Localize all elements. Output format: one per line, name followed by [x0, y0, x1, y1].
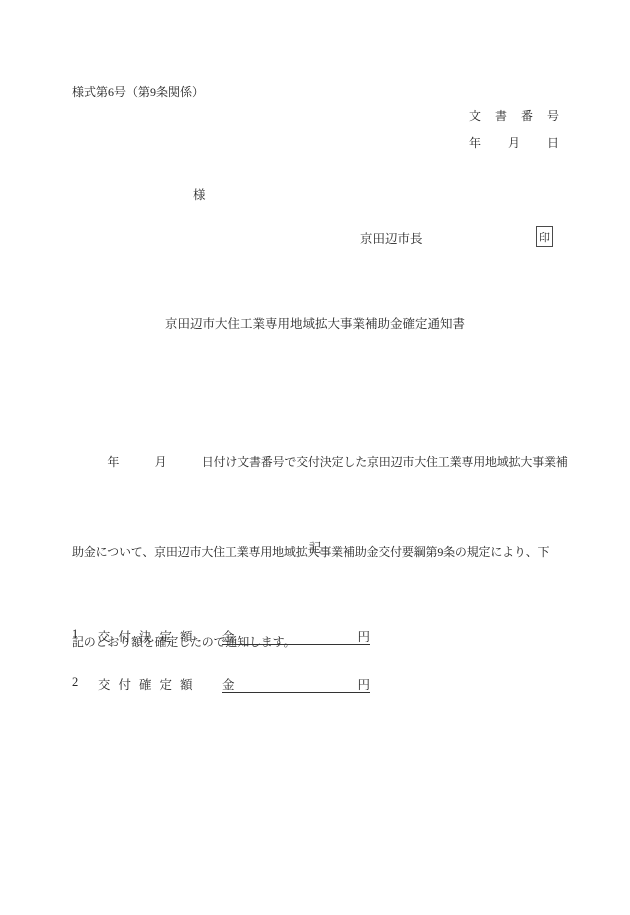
currency-suffix: 円	[357, 627, 370, 645]
sender-title: 京田辺市長	[360, 229, 423, 247]
record-marker: 記	[0, 538, 630, 556]
item-label-confirmed-amount: 交付確定額	[98, 675, 201, 693]
addressee-honorific: 様	[193, 185, 206, 203]
currency-suffix: 円	[357, 675, 370, 693]
document-page: 様式第6号（第9条関係） 文 書 番 号 年 月 日 様 京田辺市長 印 京田辺…	[0, 0, 630, 915]
date-line: 年 月 日	[469, 134, 560, 151]
seal-box: 印	[536, 226, 553, 247]
document-number-label: 文 書 番 号	[469, 107, 560, 124]
currency-prefix: 金	[222, 627, 235, 645]
amount-blank-line: 金 円	[222, 627, 370, 645]
document-title: 京田辺市大住工業専用地域拡大事業補助金確定通知書	[0, 314, 630, 332]
seal-label: 印	[539, 229, 550, 245]
item-row-confirmed-amount: 2 交付確定額 金 円	[72, 675, 558, 695]
currency-prefix: 金	[222, 675, 235, 693]
item-number: 2	[72, 675, 78, 690]
item-number: 1	[72, 627, 78, 642]
amount-blank-line: 金 円	[222, 675, 370, 693]
item-row-granted-amount: 1 交付決定額 金 円	[72, 627, 558, 647]
body-line-1: 年 月 日付け文書番号で交付決定した京田辺市大住工業専用地域拡大事業補	[72, 447, 572, 477]
item-label-granted-amount: 交付決定額	[98, 627, 201, 645]
form-number: 様式第6号（第9条関係）	[72, 83, 204, 100]
